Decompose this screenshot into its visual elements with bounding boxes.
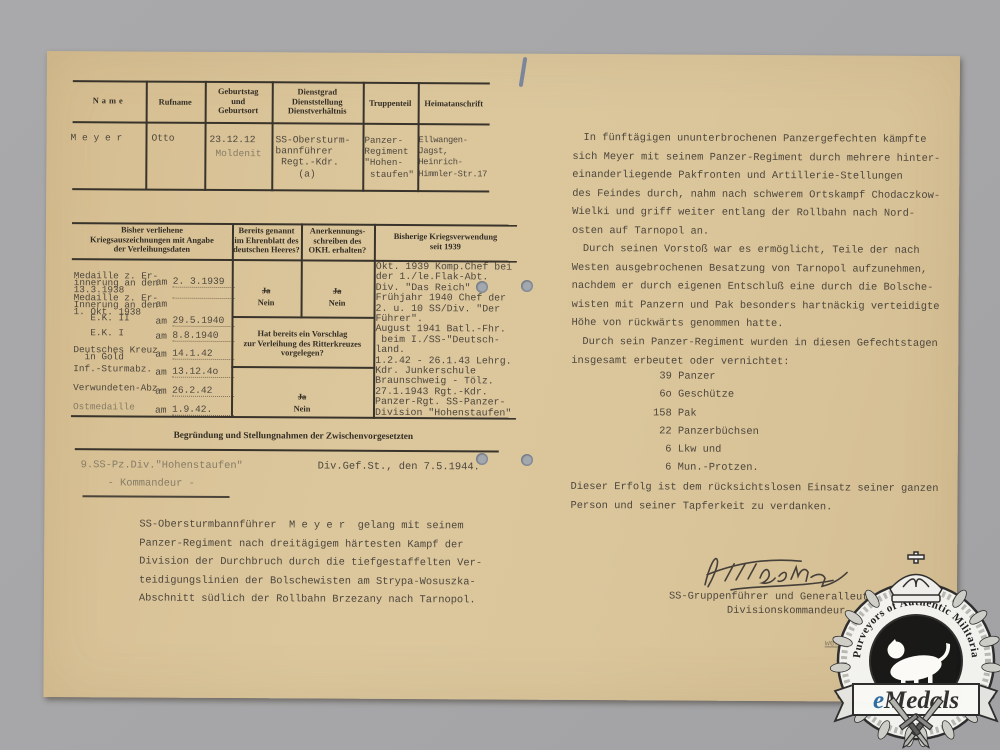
award-date: 8.8.1940 (172, 330, 234, 342)
award-label: Medaille z. Er- innerung an den 13.3.193… (74, 272, 159, 294)
ritterkreuz-question: Hat bereits ein Vorschlag zur Verleihung… (231, 329, 373, 359)
value-heimatanschrift: Ellwangen- Jagst, Heinrich- Himmler-Str.… (418, 135, 487, 180)
award-date: 26.2.42 (172, 385, 234, 397)
table-line (231, 366, 375, 369)
screen: Name Rufname Geburtstag und Geburtsort D… (0, 0, 1000, 750)
award-date: 13.12.4o (172, 366, 234, 378)
table-line (72, 188, 489, 192)
col-header-geburtstag: Geburtstag und Geburtsort (205, 87, 272, 116)
kommandeur-underline (83, 495, 230, 497)
awards-table: Bisher verliehene Kriegsauszeichnungen m… (47, 51, 960, 56)
am-label: am (155, 316, 167, 327)
ritterkreuz-ja: Ja (231, 391, 373, 403)
captured-equipment-list: 39 Panzer 6o Geschütze 158 Pak 22 Panzer… (653, 367, 760, 477)
value-name: M e y e r (70, 132, 122, 143)
am-label: am (156, 299, 168, 310)
closing-paragraph: Dieser Erfolg ist dem rücksichtslosen Ei… (570, 478, 938, 517)
award-label: Inf.-Sturmabz. (73, 365, 152, 373)
section-rule (75, 448, 499, 452)
col-header-ehrenblatt: Bereits genannt im Ehrenblatt des deutsc… (232, 226, 301, 255)
award-date: 14.1.42 (172, 348, 234, 360)
hole-punch (521, 280, 533, 292)
unit-line: 9.SS-Pz.Div."Hohenstaufen" (81, 456, 243, 475)
am-label: am (155, 405, 167, 416)
am-label: am (155, 386, 167, 397)
value-rufname: Otto (151, 133, 174, 144)
hole-punch (476, 453, 488, 465)
award-label: Ostmedaille (73, 403, 135, 411)
award-date: 1.9.42. (172, 404, 234, 416)
award-date: 29.5.1940 (172, 315, 234, 327)
right-paragraph-1: In fünftägigen ununterbrochenen Panzerge… (572, 129, 941, 243)
document-paper: Name Rufname Geburtstag und Geburtsort D… (43, 51, 960, 702)
table-line (73, 80, 490, 84)
award-label: Verwundeten-Abz. (73, 384, 163, 392)
col-header-rufname: Rufname (146, 98, 205, 108)
ehrenblatt-nein: Nein (232, 297, 301, 308)
value-geburtstag: 23.12.12 (209, 134, 255, 145)
am-label: am (155, 331, 167, 342)
col-header-kriegsverwendung: Bisherige Kriegsverwendung seit 1939 (374, 232, 517, 252)
place-date-line: Div.Gef.St., den 7.5.1944. (318, 458, 480, 477)
table-line (232, 316, 376, 319)
value-geburtsort: Moldenit (215, 148, 261, 159)
col-header-truppenteil: Truppenteil (363, 99, 418, 109)
am-label: am (155, 349, 167, 360)
brand-text: eMedals (873, 687, 959, 714)
ehrenblatt-ja: Ja (232, 285, 301, 296)
right-paragraph-2: Durch seinen Vorstoß war es ermöglicht, … (571, 240, 939, 335)
ritterkreuz-nein: Nein (231, 403, 373, 415)
award-date: 2. 3.1939 (173, 276, 235, 288)
kriegsverwendung-text: Okt. 1939 Komp.Chef bei der 1./le.Flak-A… (375, 262, 512, 419)
kommandeur-line: - Kommandeur - (108, 474, 195, 493)
col-header-heimatanschrift: Heimatanschrift (418, 99, 490, 109)
crown-icon (890, 552, 942, 602)
emedals-watermark: Purveyors of Authentic Militaria eMedals… (827, 551, 1000, 750)
left-paragraph: SS-Obersturmbannführer M e y e r gelang … (139, 516, 482, 611)
award-label: E.K. II (73, 314, 129, 322)
hole-punch (521, 454, 533, 466)
col-header-auszeichnungen: Bisher verliehene Kriegsauszeichnungen m… (72, 225, 232, 255)
award-date (173, 298, 235, 299)
value-truppenteil: Panzer- Regiment "Hohen- staufen" (364, 135, 414, 180)
personnel-table: Name Rufname Geburtstag und Geburtsort D… (47, 51, 960, 56)
right-paragraph-3: Durch sein Panzer-Regiment wurden in die… (571, 333, 938, 372)
col-header-dienstgrad: Dienstgrad Dienststellung Dienstverhältn… (272, 87, 363, 116)
hole-punch (476, 281, 488, 293)
okh-ja: Ja (301, 285, 374, 296)
am-label: am (155, 367, 167, 378)
col-header-name: Name (73, 96, 146, 106)
value-dienstgrad: SS-Obersturm- bannführer Regt.-Kdr. (a) (275, 134, 350, 179)
am-label: am (156, 277, 168, 288)
award-label: E.K. I (73, 329, 124, 336)
okh-nein: Nein (301, 297, 374, 308)
col-header-okh: Anerkennungs- schreiben des OKH. erhalte… (301, 226, 374, 255)
begruendung-header: Begründung und Stellungnahmen der Zwisch… (71, 430, 516, 442)
table-line (73, 121, 490, 125)
award-label: Deutsches Kreuz in Gold (73, 346, 157, 361)
